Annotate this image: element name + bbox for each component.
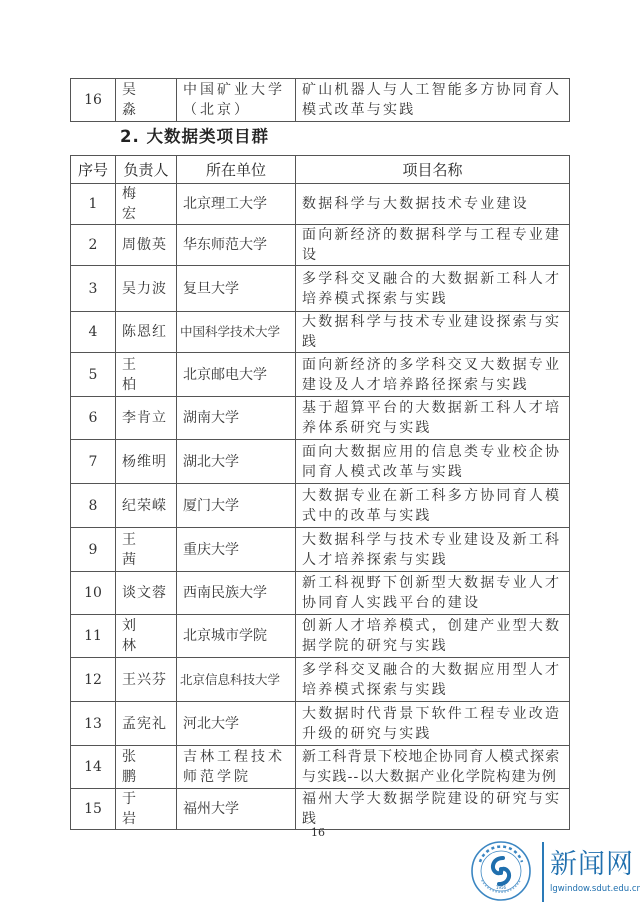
project-name: 面向新经济的多学科交叉大数据专业建设及人才培养路径探索与实践 — [296, 353, 570, 397]
row-number: 6 — [71, 397, 116, 440]
header-project: 项目名称 — [296, 156, 570, 184]
row-number: 1 — [71, 184, 116, 225]
header-leader: 负责人 — [116, 156, 177, 184]
table-row: 3 吴力波 复旦大学 多学科交叉融合的大数据新工科人才培养模式探索与实践 — [71, 266, 570, 312]
leader-name: 王 柏 — [116, 353, 177, 397]
project-name: 创新人才培养模式，创建产业型大数据学院的研究与实践 — [296, 615, 570, 658]
unit-name: 厦门大学 — [177, 484, 296, 528]
table-header-row: 序号 负责人 所在单位 项目名称 — [71, 156, 570, 184]
table-row: 11 刘 林 北京城市学院 创新人才培养模式，创建产业型大数据学院的研究与实践 — [71, 615, 570, 658]
table-row: 16 吴 淼 中国矿业大学（北京） 矿山机器人与人工智能多方协同育人模式改革与实… — [71, 79, 570, 122]
project-name: 大数据时代背景下软件工程专业改造升级的研究与实践 — [296, 702, 570, 746]
row-number: 5 — [71, 353, 116, 397]
unit-name: 湖南大学 — [177, 397, 296, 440]
svg-text:1956: 1956 — [496, 885, 507, 890]
unit-name: 湖北大学 — [177, 440, 296, 484]
row-number: 16 — [71, 79, 116, 122]
big-data-project-table: 序号 负责人 所在单位 项目名称 1 梅 宏 北京理工大学 数据科学与大数据技术… — [70, 155, 570, 830]
project-name: 基于超算平台的大数据新工科人才培养体系研究与实践 — [296, 397, 570, 440]
leader-name: 杨维明 — [116, 440, 177, 484]
row-number: 9 — [71, 528, 116, 572]
leader-name: 孟宪礼 — [116, 702, 177, 746]
row-number: 4 — [71, 312, 116, 353]
unit-name: 中国科学技术大学 — [177, 312, 296, 353]
table-row: 10 谈文蓉 西南民族大学 新工科视野下创新型大数据专业人才协同育人实践平台的建… — [71, 572, 570, 615]
leader-name: 吴 淼 — [116, 79, 177, 122]
unit-name: 复旦大学 — [177, 266, 296, 312]
leader-name: 刘 林 — [116, 615, 177, 658]
leader-name: 于 岩 — [116, 789, 177, 830]
row-number: 2 — [71, 225, 116, 266]
unit-name: 北京城市学院 — [177, 615, 296, 658]
project-name: 大数据专业在新工科多方协同育人模式中的改革与实践 — [296, 484, 570, 528]
unit-name: 北京信息科技大学 — [177, 658, 296, 702]
unit-name: 西南民族大学 — [177, 572, 296, 615]
leader-name: 吴力波 — [116, 266, 177, 312]
row-number: 3 — [71, 266, 116, 312]
project-name: 大数据科学与技术专业建设及新工科人才培养探索与实践 — [296, 528, 570, 572]
leader-name: 梅 宏 — [116, 184, 177, 225]
project-name: 面向新经济的数据科学与工程专业建设 — [296, 225, 570, 266]
row-number: 10 — [71, 572, 116, 615]
brand-title: 新闻网 — [550, 842, 634, 881]
project-name: 新工科背景下校地企协同育人模式探索与实践--以大数据产业化学院构建为例 — [296, 746, 570, 789]
unit-name: 中国矿业大学（北京） — [177, 79, 296, 122]
row-number: 13 — [71, 702, 116, 746]
leader-name: 纪荣嵘 — [116, 484, 177, 528]
row-number: 15 — [71, 789, 116, 830]
leader-name: 王兴芬 — [116, 658, 177, 702]
unit-name: 河北大学 — [177, 702, 296, 746]
project-name: 矿山机器人与人工智能多方协同育人模式改革与实践 — [296, 79, 570, 122]
unit-name: 福州大学 — [177, 789, 296, 830]
leader-name: 张 鹏 — [116, 746, 177, 789]
row-number: 8 — [71, 484, 116, 528]
table-row: 15 于 岩 福州大学 福州大学大数据学院建设的研究与实践 — [71, 789, 570, 830]
row-number: 14 — [71, 746, 116, 789]
project-name: 福州大学大数据学院建设的研究与实践 — [296, 789, 570, 830]
site-url: lgwindow.sdut.edu.cn — [550, 884, 640, 894]
table-row: 4 陈恩红 中国科学技术大学 大数据科学与技术专业建设探索与实践 — [71, 312, 570, 353]
leader-name: 谈文蓉 — [116, 572, 177, 615]
table-row: 8 纪荣嵘 厦门大学 大数据专业在新工科多方协同育人模式中的改革与实践 — [71, 484, 570, 528]
header-number: 序号 — [71, 156, 116, 184]
header-unit: 所在单位 — [177, 156, 296, 184]
previous-project-table: 16 吴 淼 中国矿业大学（北京） 矿山机器人与人工智能多方协同育人模式改革与实… — [70, 78, 570, 122]
unit-name: 北京邮电大学 — [177, 353, 296, 397]
table-row: 9 王 茜 重庆大学 大数据科学与技术专业建设及新工科人才培养探索与实践 — [71, 528, 570, 572]
table-row: 7 杨维明 湖北大学 面向大数据应用的信息类专业校企协同育人模式改革与实践 — [71, 440, 570, 484]
leader-name: 李肯立 — [116, 397, 177, 440]
logo-divider — [542, 842, 544, 902]
row-number: 11 — [71, 615, 116, 658]
page-number: 16 — [311, 826, 325, 839]
table-row: 1 梅 宏 北京理工大学 数据科学与大数据技术专业建设 — [71, 184, 570, 225]
table-row: 12 王兴芬 北京信息科技大学 多学科交叉融合的大数据应用型人才培养模式探索与实… — [71, 658, 570, 702]
table-row: 6 李肯立 湖南大学 基于超算平台的大数据新工科人才培养体系研究与实践 — [71, 397, 570, 440]
project-name: 多学科交叉融合的大数据新工科人才培养模式探索与实践 — [296, 266, 570, 312]
news-site-watermark: 1956 新闻网 lgwindow.sdut.edu.cn — [470, 838, 640, 905]
table-row: 14 张 鹏 吉林工程技术师范学院 新工科背景下校地企协同育人模式探索与实践--… — [71, 746, 570, 789]
university-emblem-icon: 1956 — [470, 840, 532, 902]
section-title: 2. 大数据类项目群 — [120, 123, 269, 147]
table-row: 13 孟宪礼 河北大学 大数据时代背景下软件工程专业改造升级的研究与实践 — [71, 702, 570, 746]
leader-name: 陈恩红 — [116, 312, 177, 353]
leader-name: 周傲英 — [116, 225, 177, 266]
row-number: 12 — [71, 658, 116, 702]
unit-name: 重庆大学 — [177, 528, 296, 572]
unit-name: 华东师范大学 — [177, 225, 296, 266]
unit-name: 吉林工程技术师范学院 — [177, 746, 296, 789]
project-name: 多学科交叉融合的大数据应用型人才培养模式探索与实践 — [296, 658, 570, 702]
project-name: 大数据科学与技术专业建设探索与实践 — [296, 312, 570, 353]
project-name: 新工科视野下创新型大数据专业人才协同育人实践平台的建设 — [296, 572, 570, 615]
unit-name: 北京理工大学 — [177, 184, 296, 225]
project-name: 面向大数据应用的信息类专业校企协同育人模式改革与实践 — [296, 440, 570, 484]
table-row: 5 王 柏 北京邮电大学 面向新经济的多学科交叉大数据专业建设及人才培养路径探索… — [71, 353, 570, 397]
leader-name: 王 茜 — [116, 528, 177, 572]
project-name: 数据科学与大数据技术专业建设 — [296, 184, 570, 225]
table-row: 2 周傲英 华东师范大学 面向新经济的数据科学与工程专业建设 — [71, 225, 570, 266]
row-number: 7 — [71, 440, 116, 484]
